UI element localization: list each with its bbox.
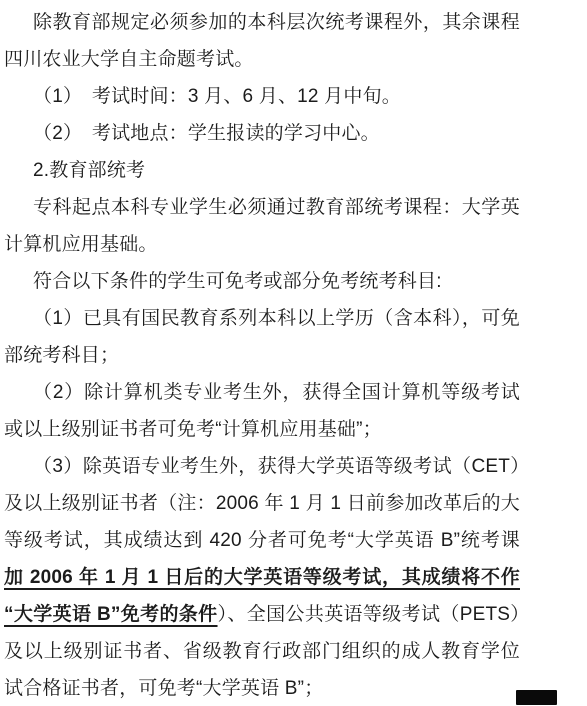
text-line: 试合格证书者，可免考“大学英语 B”； xyxy=(4,670,520,706)
text-run: 等级考试，其成绩达到 420 分者可免考“大学英语 B”统考课程， xyxy=(4,530,520,559)
text-run: 专科起点本科专业学生必须通过教育部统考课程：大学英语 B、 xyxy=(33,197,520,226)
text-line: 四川农业大学自主命题考试。 xyxy=(4,41,520,78)
text-line: （1）已具有国民教育系列本科以上学历（含本科），可免考全 xyxy=(4,300,520,337)
text-run: （3）除英语专业考生外，获得大学英语等级考试（CET）四级 xyxy=(33,456,520,485)
emphasized-underlined-text: “大学英语 B”免考的条件 xyxy=(4,604,218,625)
text-run: 及以上级别证书者（注：2006 年 1 月 1 日前参加改革后的大学英语 xyxy=(4,493,520,522)
text-line: （2）除计算机类专业考生外，获得全国计算机等级考试一级 B xyxy=(4,374,520,411)
text-run: 及以上级别证书者、省级教育行政部门组织的成人教育学位英语考 xyxy=(4,641,520,670)
text-line: 及以上级别证书者（注：2006 年 1 月 1 日前参加改革后的大学英语 xyxy=(4,485,520,522)
para-exemption-condition-3: （3）除英语专业考生外，获得大学英语等级考试（CET）四级及以上级别证书者（注：… xyxy=(4,448,520,706)
text-line: 除教育部规定必须参加的本科层次统考课程外，其余课程均为 xyxy=(4,4,520,41)
text-line: “大学英语 B”免考的条件）、全国公共英语等级考试（PETS）三级 xyxy=(4,596,520,633)
text-line: 专科起点本科专业学生必须通过教育部统考课程：大学英语 B、 xyxy=(4,189,520,226)
text-line: 等级考试，其成绩达到 420 分者可免考“大学英语 B”统考课程，参 xyxy=(4,522,520,559)
text-run: （1）已具有国民教育系列本科以上学历（含本科），可免考全 xyxy=(33,308,520,337)
text-run: （2）除计算机类专业考生外，获得全国计算机等级考试一级 B xyxy=(33,382,520,411)
text-run: （2） 考试地点：学生报读的学习中心。 xyxy=(33,123,380,144)
document-body: 除教育部规定必须参加的本科层次统考课程外，其余课程均为四川农业大学自主命题考试。… xyxy=(4,4,520,706)
text-line: （1） 考试时间：3 月、6 月、12 月中旬。 xyxy=(4,78,520,115)
text-run: 试合格证书者，可免考“大学英语 B”； xyxy=(4,678,323,699)
heading-moe-unified-exam: 2.教育部统考 xyxy=(4,152,520,189)
para-exemption-condition-2: （2）除计算机类专业考生外，获得全国计算机等级考试一级 B或以上级别证书者可免考… xyxy=(4,374,520,448)
bottom-right-black-marker xyxy=(516,690,557,705)
text-line: 部统考科目； xyxy=(4,337,520,374)
text-line: 及以上级别证书者、省级教育行政部门组织的成人教育学位英语考 xyxy=(4,633,520,670)
text-run: 除教育部规定必须参加的本科层次统考课程外，其余课程均为 xyxy=(33,12,520,41)
text-line: 符合以下条件的学生可免考或部分免考统考科目: xyxy=(4,263,520,300)
text-run: 部统考科目； xyxy=(4,345,119,366)
text-line: 加 2006 年 1 月 1 日后的大学英语等级考试，其成绩将不作为统考 xyxy=(4,559,520,596)
para-exam-time: （1） 考试时间：3 月、6 月、12 月中旬。 xyxy=(4,78,520,115)
text-line: 2.教育部统考 xyxy=(4,152,520,189)
text-run: 符合以下条件的学生可免考或部分免考统考科目: xyxy=(33,271,442,292)
para-exam-location: （2） 考试地点：学生报读的学习中心。 xyxy=(4,115,520,152)
text-run: 四川农业大学自主命题考试。 xyxy=(4,49,254,70)
text-line: 计算机应用基础。 xyxy=(4,226,520,263)
para-required-unified-courses: 专科起点本科专业学生必须通过教育部统考课程：大学英语 B、计算机应用基础。 xyxy=(4,189,520,263)
text-run: （1） 考试时间：3 月、6 月、12 月中旬。 xyxy=(33,86,401,107)
para-exemption-condition-1: （1）已具有国民教育系列本科以上学历（含本科），可免考全部统考科目； xyxy=(4,300,520,374)
text-run: 或以上级别证书者可免考“计算机应用基础”； xyxy=(4,419,382,440)
text-run: 计算机应用基础。 xyxy=(4,234,158,255)
text-line: （3）除英语专业考生外，获得大学英语等级考试（CET）四级 xyxy=(4,448,520,485)
emphasized-underlined-text: 加 2006 年 1 月 1 日后的大学英语等级考试，其成绩将不作为统考 xyxy=(4,567,520,596)
text-run: 2.教育部统考 xyxy=(33,160,145,181)
para-self-administered-exams: 除教育部规定必须参加的本科层次统考课程外，其余课程均为四川农业大学自主命题考试。 xyxy=(4,4,520,78)
text-line: 或以上级别证书者可免考“计算机应用基础”； xyxy=(4,411,520,448)
para-exemption-intro: 符合以下条件的学生可免考或部分免考统考科目: xyxy=(4,263,520,300)
text-line: （2） 考试地点：学生报读的学习中心。 xyxy=(4,115,520,152)
document-page: 除教育部规定必须参加的本科层次统考课程外，其余课程均为四川农业大学自主命题考试。… xyxy=(0,0,587,706)
